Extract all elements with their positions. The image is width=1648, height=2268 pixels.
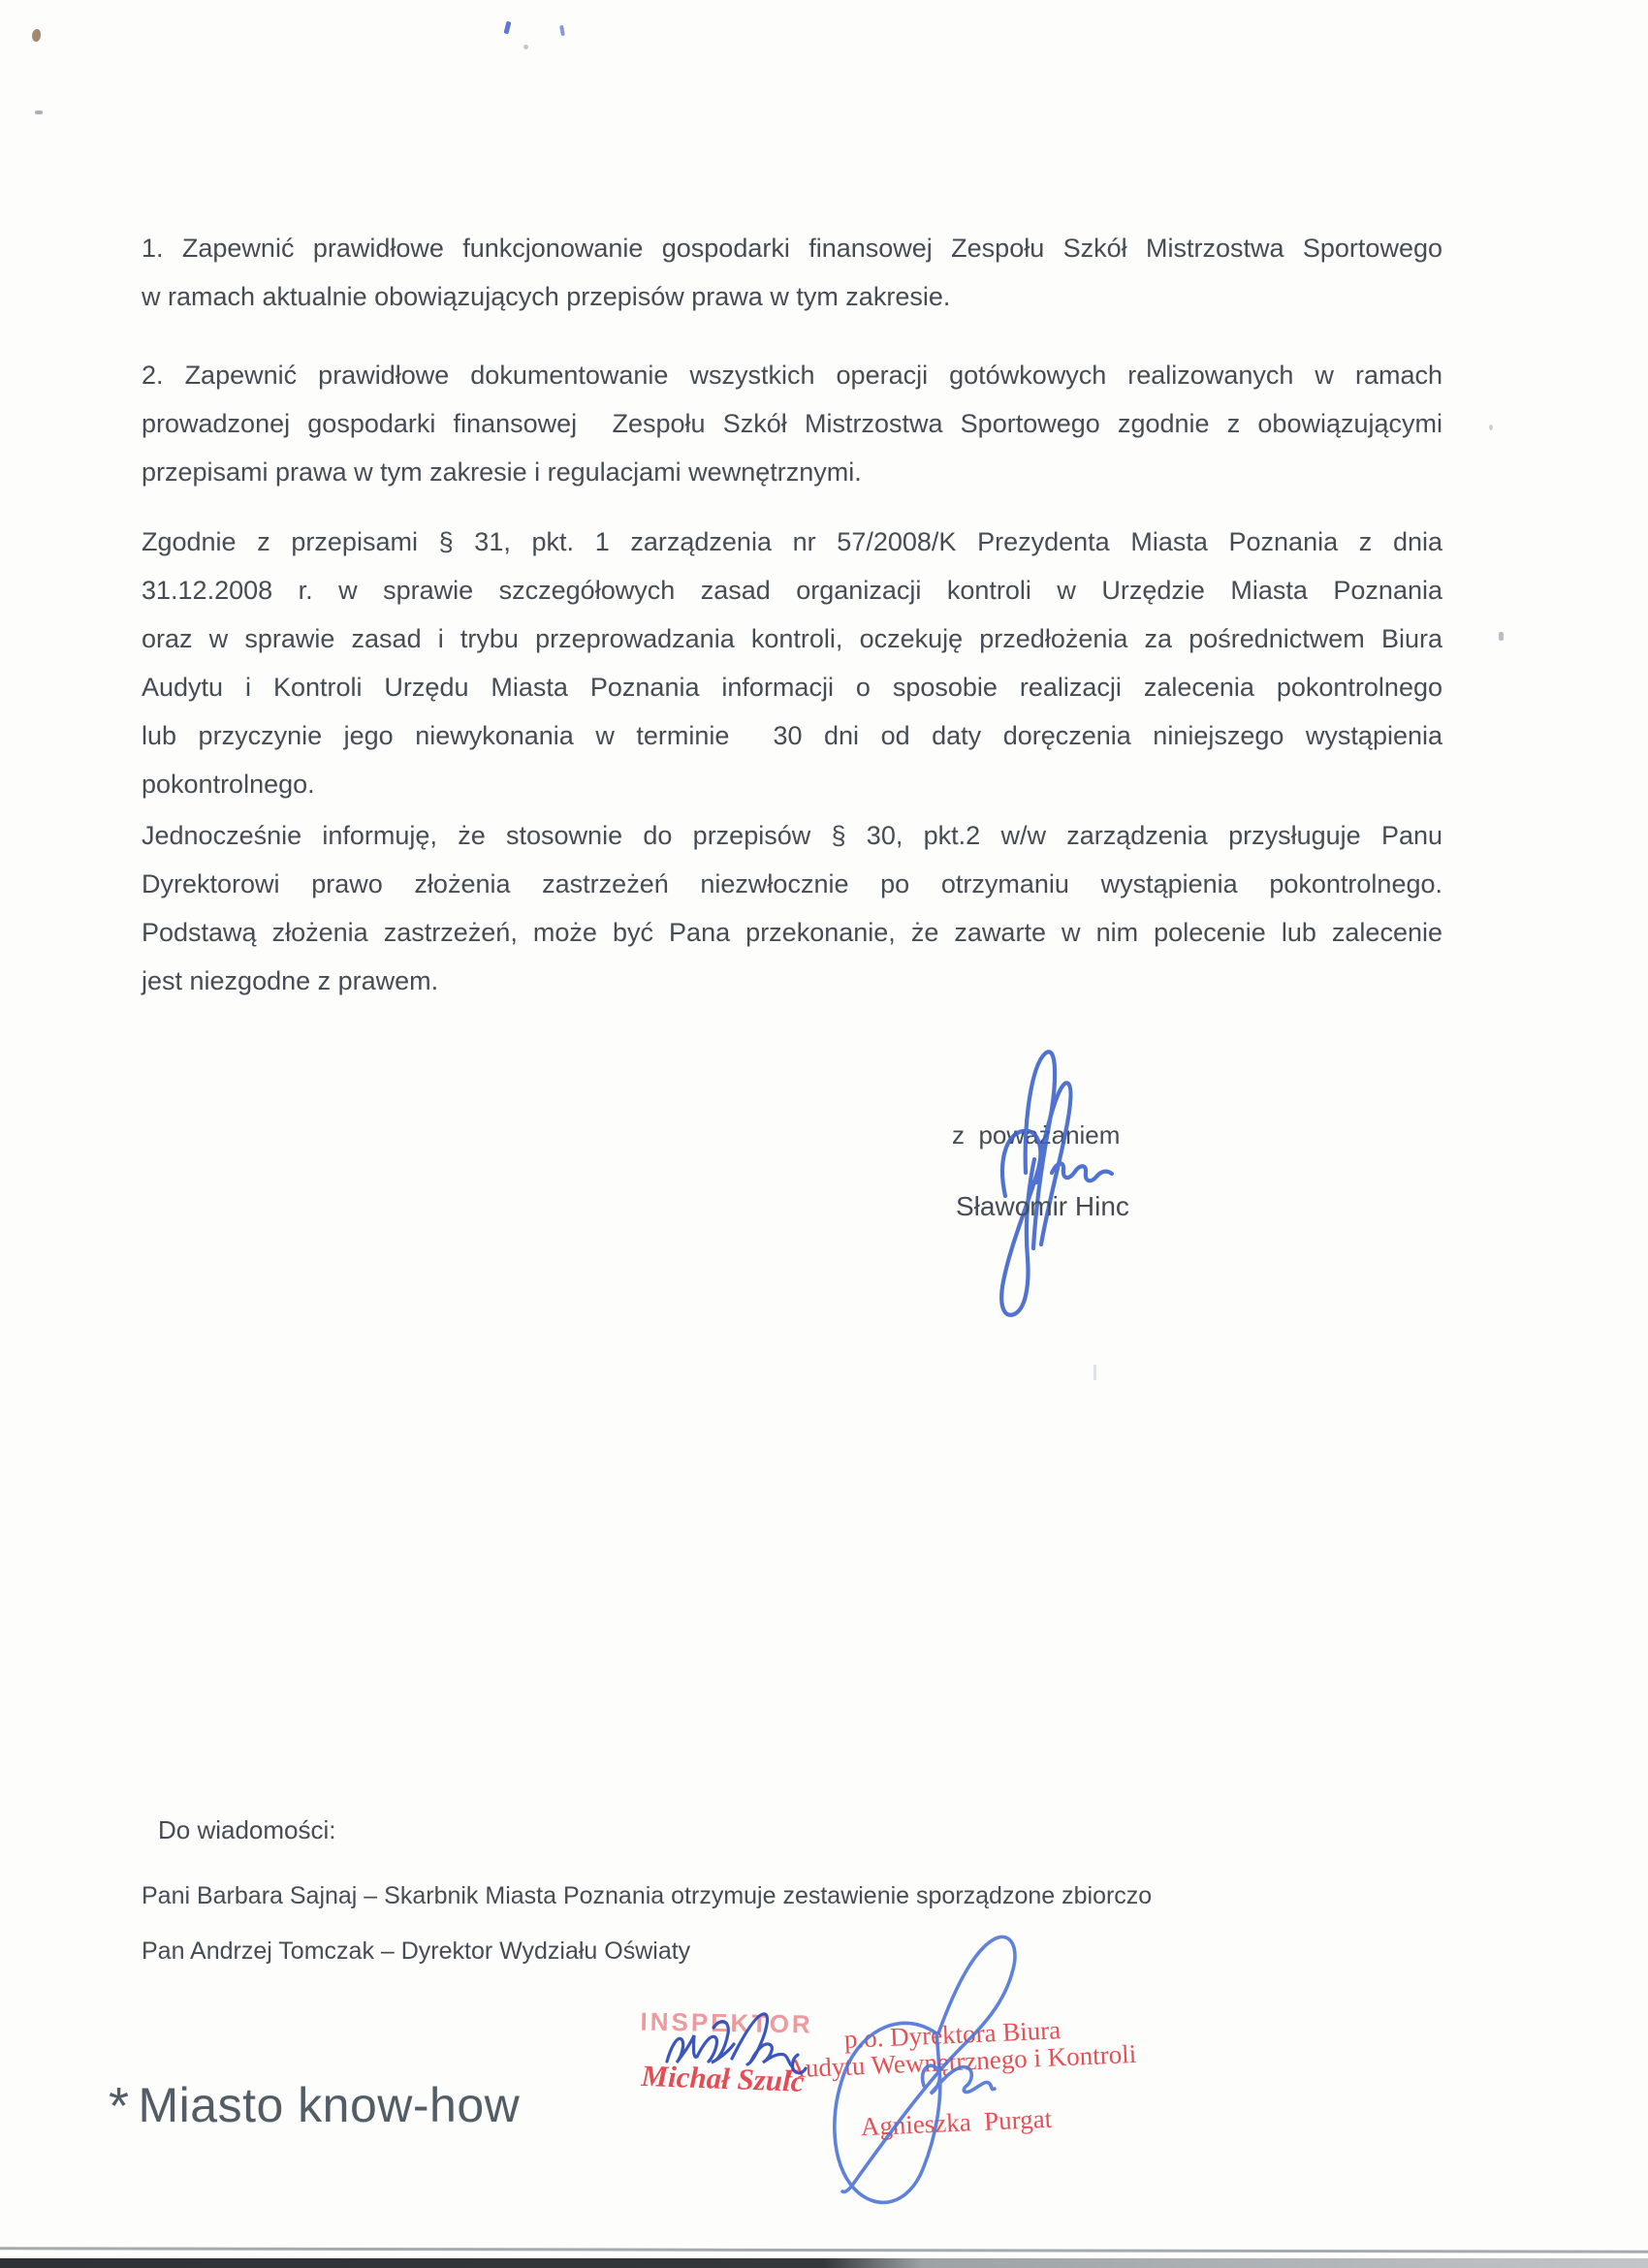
signer-name: Sławomir Hinc <box>956 1190 1129 1223</box>
cc-recipient: Pan Andrzej Tomczak – Dyrektor Wydziału … <box>142 1935 1152 1990</box>
paragraph-line: Podstawą złożenia zastrzeżeń, może być P… <box>142 908 1442 957</box>
paragraph-line: lub przyczynie jego niewykonania w termi… <box>142 711 1442 760</box>
scan-artifact-speck <box>32 29 41 42</box>
inspector-stamp-title: INSPEKTOR <box>640 2006 813 2039</box>
scan-artifact-speck <box>1499 632 1504 641</box>
paragraph-line: Dyrektorowi prawo złożenia zastrzeżeń ni… <box>142 860 1442 908</box>
director-stamp-name: Agnieszka Purgat <box>789 2102 1125 2143</box>
director-stamp: p.o. Dyrektora Biura Audytu Wewnętrznego… <box>785 2015 1125 2144</box>
paragraph-objections-info: Jednocześnie informuję, że stosownie do … <box>142 811 1442 1005</box>
scan-artifact-speck <box>1093 1365 1096 1380</box>
cc-heading: Do wiadomości: <box>158 1813 336 1846</box>
paragraph-line: oraz w sprawie zasad i trybu przeprowadz… <box>142 614 1442 663</box>
cc-recipient: Pani Barbara Sajnaj – Skarbnik Miasta Po… <box>142 1879 1152 1935</box>
logo-text: Miasto know-how <box>139 2078 521 2132</box>
paragraph-line: Zgodnie z przepisami § 31, pkt. 1 zarząd… <box>142 518 1442 566</box>
scanned-letter-page: 1. Zapewnić prawidłowe funkcjonowanie go… <box>0 0 1648 2268</box>
inspector-stamp: INSPEKTOR Michał Szulc <box>639 2006 813 2097</box>
paragraph-line: w ramach aktualnie obowiązujących przepi… <box>142 272 1442 321</box>
paragraph-line: pokontrolnego. <box>142 760 1442 808</box>
paragraph-recommendation-2: 2. Zapewnić prawidłowe dokumentowanie ws… <box>142 351 1442 496</box>
paragraph-line: jest niezgodne z prawem. <box>142 957 1442 1005</box>
paragraph-line: prowadzonej gospodarki finansowej Zespoł… <box>142 399 1442 448</box>
inspector-stamp-name: Michał Szulc <box>641 2059 812 2099</box>
paragraph-line: przepisami prawa w tym zakresie i regula… <box>142 448 1442 496</box>
scan-artifact-speck <box>559 25 565 37</box>
paragraph-legal-basis: Zgodnie z przepisami § 31, pkt. 1 zarząd… <box>142 518 1442 808</box>
cc-list: Pani Barbara Sajnaj – Skarbnik Miasta Po… <box>142 1879 1152 1990</box>
paragraph-line: 2. Zapewnić prawidłowe dokumentowanie ws… <box>142 351 1442 399</box>
scan-artifact-speck <box>1489 425 1493 430</box>
paragraph-line: Jednocześnie informuję, że stosownie do … <box>142 811 1442 860</box>
scan-artifact-speck <box>504 21 512 35</box>
scan-edge-line <box>0 2247 1648 2253</box>
paragraph-recommendation-1: 1. Zapewnić prawidłowe funkcjonowanie go… <box>142 224 1442 321</box>
scan-artifact-speck <box>523 45 528 49</box>
paragraph-line: 31.12.2008 r. w sprawie szczegółowych za… <box>142 566 1442 614</box>
miasto-knowhow-logo: *Miasto know-how <box>109 2076 520 2136</box>
closing-salutation: z poważaniem <box>952 1118 1120 1151</box>
ink-stroke <box>1052 1164 1112 1181</box>
paragraph-line: Audytu i Kontroli Urzędu Miasta Poznania… <box>142 663 1442 711</box>
signature-ink-slawomir-hinc <box>911 1027 1183 1328</box>
scan-artifact-speck <box>35 110 43 114</box>
paragraph-line: 1. Zapewnić prawidłowe funkcjonowanie go… <box>142 224 1442 272</box>
asterisk-logo-mark: * <box>109 2077 130 2135</box>
scan-edge-band <box>0 2258 1648 2268</box>
